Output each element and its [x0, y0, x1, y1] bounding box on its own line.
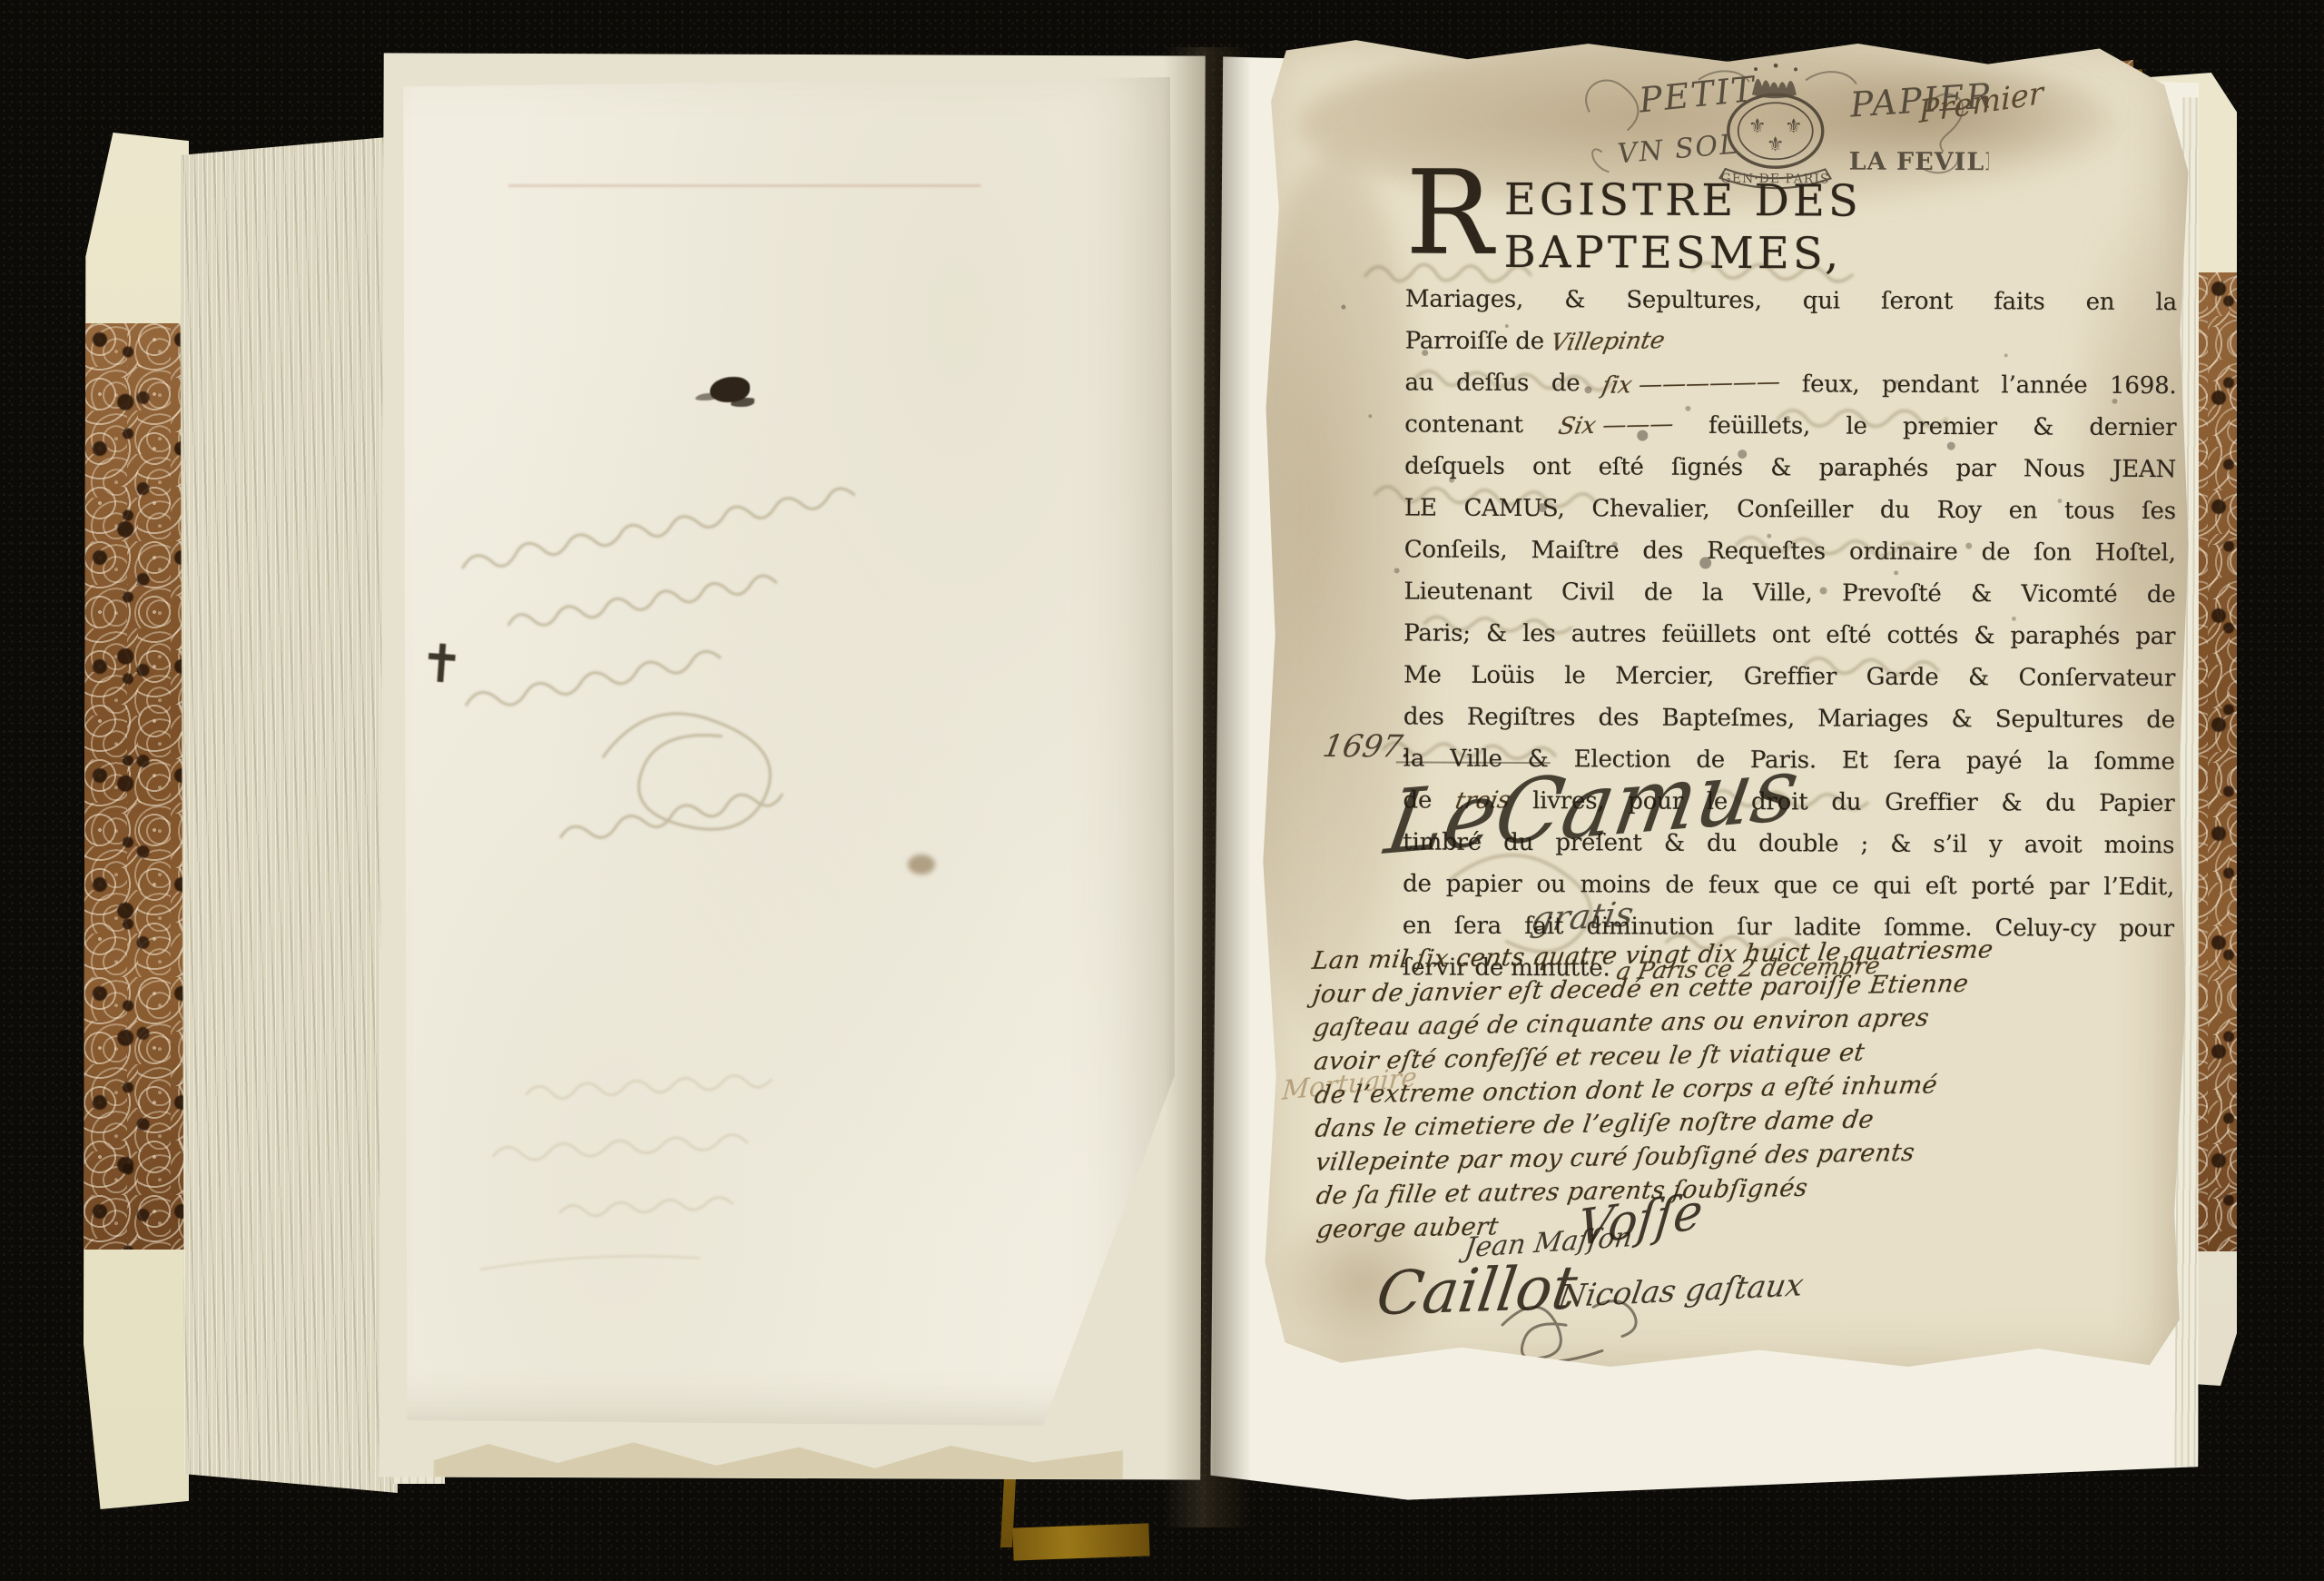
printed-line: au deſſus de ſix —————— feux, pendant l’…	[1404, 361, 2176, 407]
printed-text: de papier ou moins de feux que ce qui eſ…	[1403, 870, 2174, 901]
stamp-word-petit: PETIT	[1636, 69, 1758, 121]
brown-stain-spot	[908, 855, 935, 874]
title-initial-capital: R	[1405, 167, 1504, 260]
left-page-stack-edges	[180, 136, 398, 1493]
printed-line: Lieutenant Civil de la Ville, Prevoſté &…	[1403, 570, 2175, 616]
printed-line: contenant Six ——— feüillets, le premier …	[1404, 403, 2176, 449]
photo-open-register-book: ✝ 103	[0, 0, 2324, 1581]
printed-text: feux, pendant l’année 1698.	[1779, 371, 2177, 400]
page-title: EGISTRE DES BAPTESMES,	[1405, 167, 2178, 282]
register-document-page: PETIT PAPIER VN SOL LA FEVILLE ⚜ ⚜ ⚜ GEN…	[1257, 35, 2192, 1373]
handwritten-fill: Villepinte	[1547, 320, 1669, 364]
cross-mark: ✝	[418, 631, 466, 696]
spine-tail-band	[1012, 1523, 1149, 1560]
printed-text: feüillets, le premier & dernier	[1673, 412, 2177, 441]
left-blank-page: ✝ 103	[399, 77, 1175, 1426]
printed-line: Paris; & les autres feüillets ont eſté c…	[1403, 612, 2175, 657]
printed-text: des Regiſtres des Bapteſmes, Mariages & …	[1403, 703, 2175, 734]
printed-text: LE CAMUS, Chevalier, Conſeiller du Roy e…	[1404, 494, 2176, 525]
printed-text: au deſſus de	[1404, 369, 1602, 397]
ink-bleedthrough-strokes	[399, 77, 1175, 1426]
printed-line: LE CAMUS, Chevalier, Conſeiller du Roy e…	[1404, 487, 2176, 532]
printed-lines: Mariages, & Sepultures, qui ſeront faits…	[1403, 278, 2177, 992]
printed-text: contenant	[1404, 410, 1559, 439]
fleur-de-lis-icon: ⚜	[1767, 133, 1785, 156]
fleur-de-lis-icon: ⚜	[1785, 115, 1803, 138]
gutter-shadow	[1164, 47, 1251, 1527]
printed-text: Paris; & les autres feüillets ont eſté c…	[1403, 619, 2175, 650]
printed-line: Conſeils, Maiſtre des Requeſtes ordinair…	[1404, 529, 2176, 574]
handwritten-fill: ſix ——————	[1598, 361, 1784, 407]
printed-text: Me Loüis le Mercier, Greffier Garde & Co…	[1403, 661, 2175, 692]
printed-line: deſquels ont eſté ſignés & paraphés par …	[1404, 445, 2176, 490]
torn-stained-edge	[433, 1436, 1123, 1480]
handwritten-fill: Six ———	[1554, 403, 1677, 448]
printed-text: Conſeils, Maiſtre des Requeſtes ordinair…	[1404, 536, 2176, 567]
shield-icon	[1728, 94, 1823, 167]
date-year-handwritten: 1697.	[1320, 728, 1415, 765]
manuscript-burial-act: Lan mil ſix cents quatre vingt dix huict…	[1312, 930, 2161, 1246]
fleur-de-lis-icon: ⚜	[1748, 115, 1767, 138]
printed-line: Me Loüis le Mercier, Greffier Garde & Co…	[1403, 654, 2175, 699]
stamp-word-vnsol: VN SOL	[1616, 128, 1740, 170]
printed-text: Parroiſſe de	[1405, 327, 1551, 355]
marbled-paper-left	[84, 323, 189, 1250]
printed-line: de papier ou moins de feux que ce qui eſ…	[1403, 863, 2174, 908]
printed-text: Lieutenant Civil de la Ville, Prevoſté &…	[1403, 578, 2175, 608]
left-cover-edge	[84, 133, 189, 1509]
printed-text: Mariages, & Sepultures, qui ſeront faits…	[1405, 285, 2177, 316]
printed-text: deſquels ont eſté ſignés & paraphés par …	[1404, 452, 2176, 483]
printed-line: Parroiſſe de Villepinte	[1405, 320, 2177, 365]
printed-form-text: R EGISTRE DES BAPTESMES, Mariages, & Sep…	[1403, 167, 2178, 992]
printed-line: des Regiſtres des Bapteſmes, Mariages & …	[1403, 696, 2175, 741]
gratis-note: gratis	[1528, 894, 1636, 939]
printed-line: Mariages, & Sepultures, qui ſeront faits…	[1405, 278, 2177, 323]
